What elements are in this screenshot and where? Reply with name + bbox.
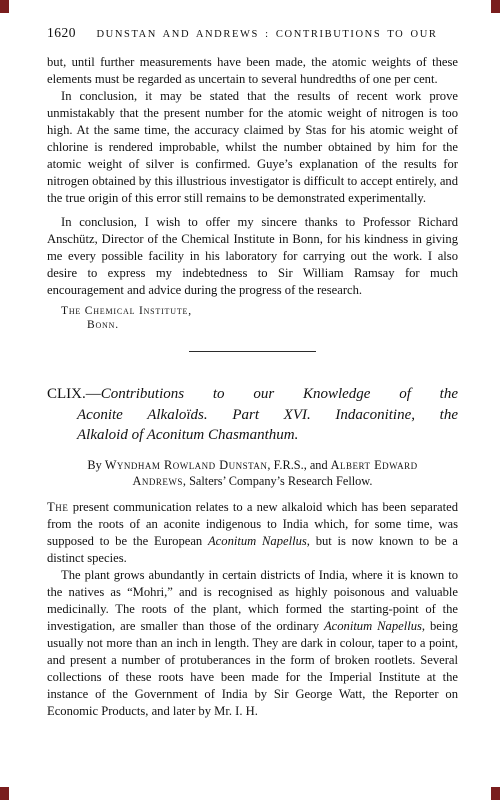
title-text-1: Contributions to our Knowledge of the xyxy=(101,386,458,402)
signature-block: The Chemical Institute, Bonn. xyxy=(47,304,458,332)
title-line-1: CLIX.—Contributions to our Knowledge of … xyxy=(47,384,458,405)
byline-fellowship: , Salters’ Company’s Research Fellow. xyxy=(183,474,373,488)
running-head: DUNSTAN AND ANDREWS : CONTRIBUTIONS TO O… xyxy=(76,29,458,40)
byline-line-2: Andrews, Salters’ Company’s Research Fel… xyxy=(47,473,458,490)
paragraph-plant-description: The plant grows abundantly in certain di… xyxy=(47,567,458,720)
author-andrews-first: Albert Edward xyxy=(331,458,418,472)
byline-line-1: By Wyndham Rowland Dunstan, F.R.S., and … xyxy=(47,457,458,474)
title-line-3: Alkaloid of Aconitum Chasmanthum. xyxy=(47,425,458,446)
article-number-prefix: CLIX.— xyxy=(47,386,101,402)
species-name-italic: Aconitum Napellus xyxy=(208,534,307,548)
paragraph-atomic-weights: but, until further measurements have bee… xyxy=(47,54,458,88)
corner-mark-bottom-right xyxy=(491,787,500,800)
corner-mark-top-right xyxy=(491,0,500,13)
signature-city: Bonn. xyxy=(87,318,458,332)
signature-institute: The Chemical Institute, xyxy=(61,304,458,318)
page-number: 1620 xyxy=(47,25,76,41)
corner-mark-bottom-left xyxy=(0,787,9,800)
page-header: 1620 DUNSTAN AND ANDREWS : CONTRIBUTIONS… xyxy=(47,25,458,41)
paragraph-intro: The present communication relates to a n… xyxy=(47,499,458,567)
author-andrews-last: Andrews xyxy=(133,474,183,488)
byline: By Wyndham Rowland Dunstan, F.R.S., and … xyxy=(47,457,458,490)
lead-word: The xyxy=(47,500,69,514)
author-dunstan: Wyndham Rowland Dunstan xyxy=(105,458,268,472)
previous-article-conclusion: but, until further measurements have bee… xyxy=(47,54,458,332)
title-line-2: Aconite Alkaloïds. Part XVI. Indaconitin… xyxy=(47,405,458,426)
plant-text-2: , being usually not more than an inch in… xyxy=(47,619,458,718)
byline-by: By xyxy=(87,458,104,472)
paragraph-conclusion-nitrogen: In conclusion, it may be stated that the… xyxy=(47,88,458,207)
species-name-italic-2: Aconitum Napellus xyxy=(324,619,422,633)
journal-page: 1620 DUNSTAN AND ANDREWS : CONTRIBUTIONS… xyxy=(0,0,500,800)
article-title: CLIX.—Contributions to our Knowledge of … xyxy=(47,384,458,446)
paragraph-acknowledgements: In conclusion, I wish to offer my sincer… xyxy=(47,214,458,299)
section-divider xyxy=(189,351,316,352)
byline-mid: , F.R.S., and xyxy=(267,458,330,472)
page-content: 1620 DUNSTAN AND ANDREWS : CONTRIBUTIONS… xyxy=(0,0,500,720)
corner-mark-top-left xyxy=(0,0,9,13)
new-article: CLIX.—Contributions to our Knowledge of … xyxy=(47,384,458,720)
